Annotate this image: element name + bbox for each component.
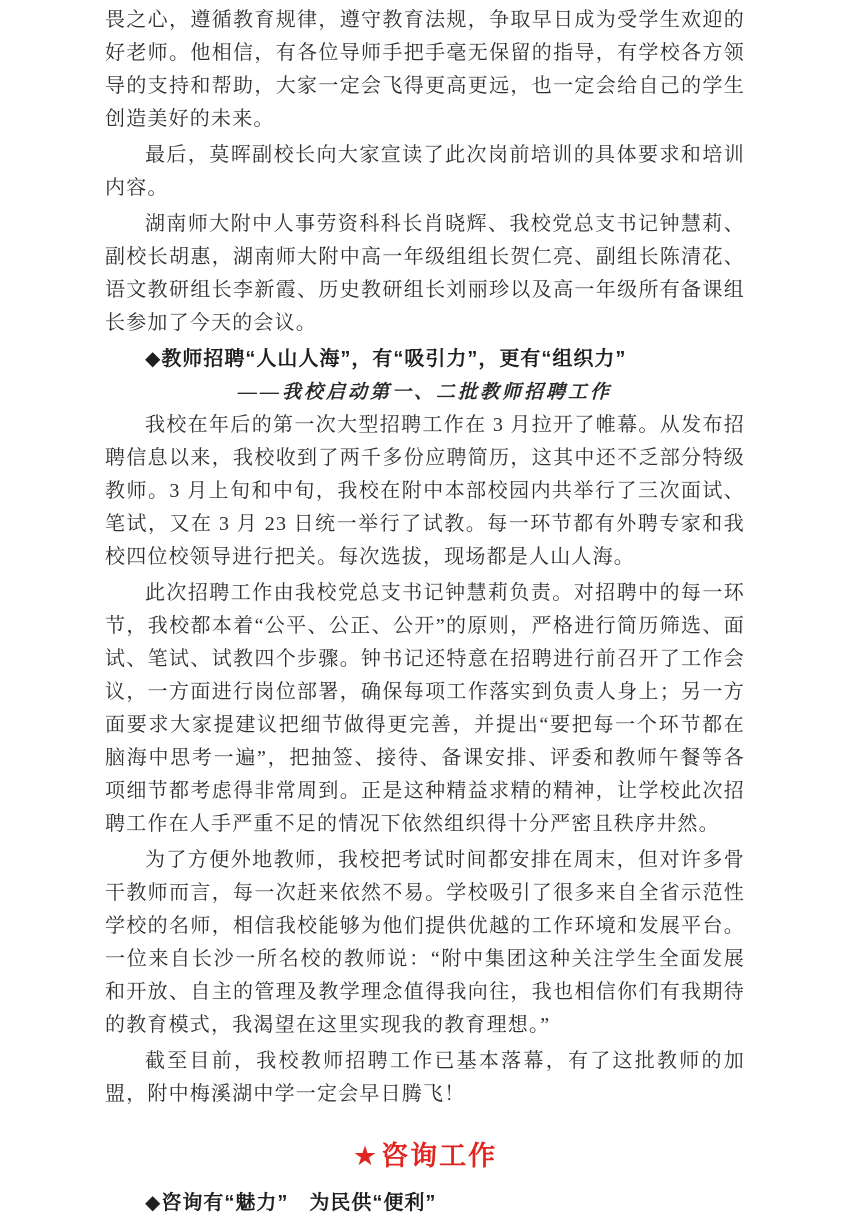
diamond-bullet-icon: ◆ bbox=[145, 348, 161, 370]
subtitle-recruitment: ——我校启动第一、二批教师招聘工作 bbox=[105, 376, 745, 409]
body-paragraph: 我校在年后的第一次大型招聘工作在 3 月拉开了帷幕。从发布招聘信息以来，我校收到… bbox=[105, 409, 745, 574]
body-paragraph: 最后，莫晖副校长向大家宣读了此次岗前培训的具体要求和培训内容。 bbox=[105, 139, 745, 205]
section-heading-recruitment: ◆教师招聘“人山人海”，有“吸引力”，更有“组织力” bbox=[105, 343, 745, 376]
chapter-title-consulting: ★咨询工作 bbox=[105, 1138, 745, 1174]
body-paragraph-continuation: 畏之心，遵循教育规律，遵守教育法规，争取早日成为受学生欢迎的好老师。他相信，有各… bbox=[105, 4, 745, 136]
body-paragraph: 此次招聘工作由我校党总支书记钟慧莉负责。对招聘中的每一环节，我校都本着“公平、公… bbox=[105, 577, 745, 841]
section-heading-text: 教师招聘“人山人海”，有“吸引力”，更有“组织力” bbox=[161, 348, 626, 370]
body-paragraph: 为了方便外地教师，我校把考试时间都安排在周末，但对许多骨干教师而言，每一次赶来依… bbox=[105, 844, 745, 1042]
section-heading-consulting: ◆咨询有“魅力” 为民供“便利” bbox=[105, 1187, 745, 1220]
chapter-title-text: 咨询工作 bbox=[381, 1141, 497, 1171]
diamond-bullet-icon: ◆ bbox=[145, 1192, 161, 1214]
document-page: 畏之心，遵循教育规律，遵守教育法规，争取早日成为受学生欢迎的好老师。他相信，有各… bbox=[0, 0, 848, 1230]
body-paragraph: 截至目前，我校教师招聘工作已基本落幕，有了这批教师的加盟，附中梅溪湖中学一定会早… bbox=[105, 1045, 745, 1111]
section-heading-text: 咨询有“魅力” 为民供“便利” bbox=[161, 1192, 436, 1214]
star-icon: ★ bbox=[353, 1141, 379, 1171]
body-paragraph: 湖南师大附中人事劳资科科长肖晓辉、我校党总支书记钟慧莉、副校长胡惠，湖南师大附中… bbox=[105, 208, 745, 340]
